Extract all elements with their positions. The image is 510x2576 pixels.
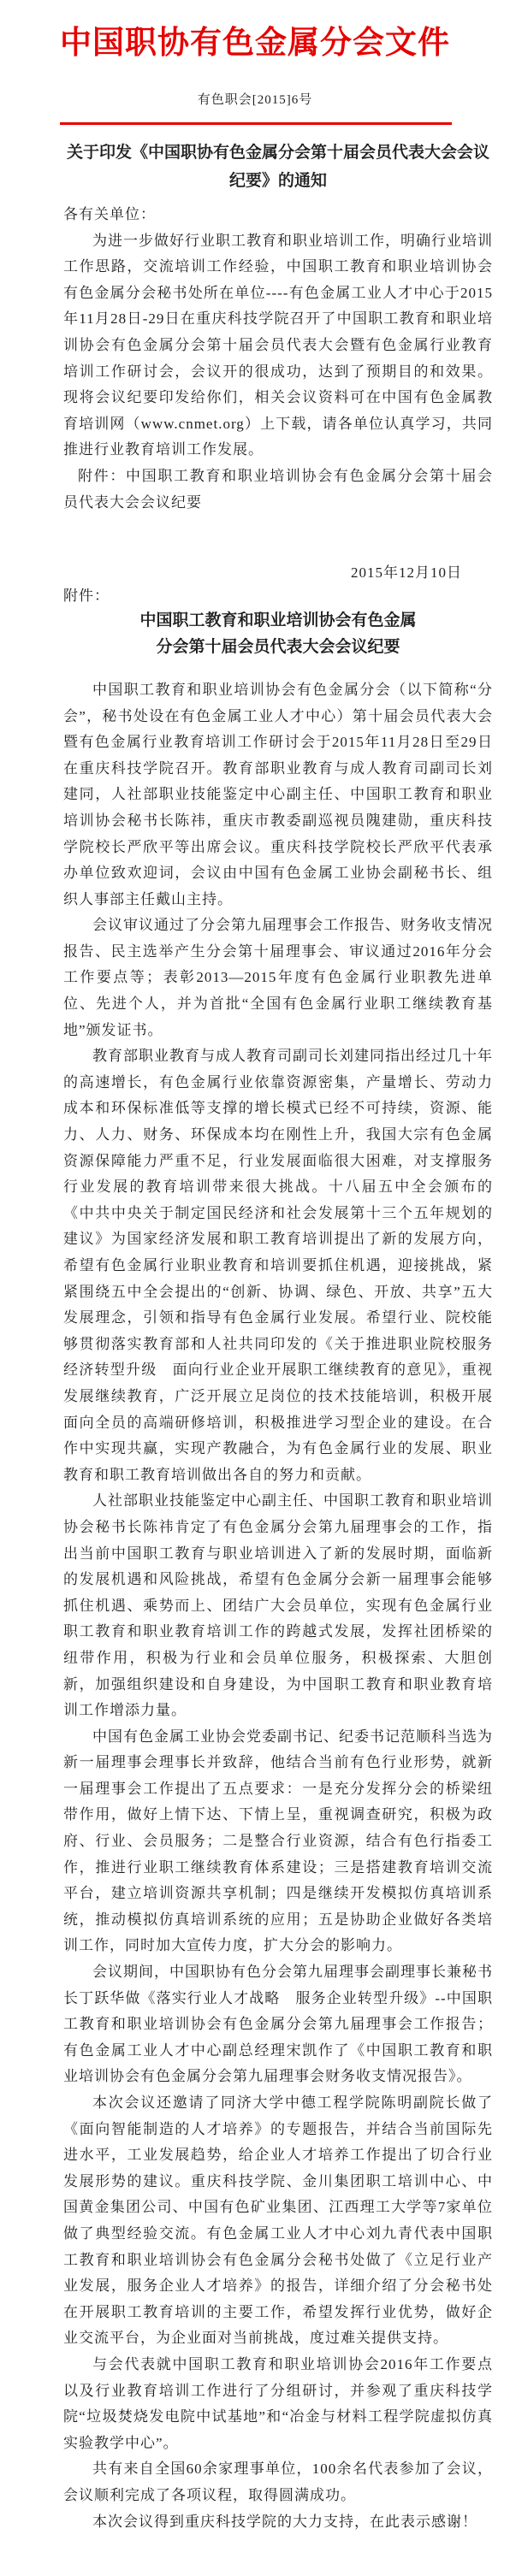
attachment-paragraph-1: 中国职工教育和职业培训协会有色金属分会（以下简称“分会”，秘书处设在有色金属工业… xyxy=(63,677,493,913)
notice-attachment-reference: 附件：中国职工教育和职业培训协会有色金属分会第十届会员代表大会会议纪要 xyxy=(63,464,493,516)
document-body: 关于印发《中国职协有色金属分会第十届会员代表大会会议纪要》的通知 各有关单位： … xyxy=(0,139,510,2536)
attachment-paragraph-3: 教育部职业教育与成人教育司副司长刘建同指出经过几十年的高速增长，有色金属行业依靠… xyxy=(63,1043,493,1488)
issue-date: 2015年12月10日 xyxy=(63,560,493,582)
salutation: 各有关单位： xyxy=(63,202,493,228)
attachment-title-line2: 分会第十届会员代表大会会议纪要 xyxy=(63,635,493,660)
attachment-title-line1: 中国职工教育和职业培训协会有色金属 xyxy=(63,608,493,634)
letterhead-title: 中国职协有色金属分会文件 xyxy=(0,21,510,62)
attachment-paragraph-2: 会议审议通过了分会第九届理事会工作报告、财务收支情况报告、民主选举产生分会第十届… xyxy=(63,913,493,1043)
red-divider xyxy=(60,122,452,125)
attachment-paragraph-5: 中国有色金属工业协会党委副书记、纪委书记范顺科当选为新一届理事会理事长并致辞，他… xyxy=(63,1724,493,1959)
notice-title: 关于印发《中国职协有色金属分会第十届会员代表大会会议纪要》的通知 xyxy=(63,139,493,196)
document-page: 中国职协有色金属分会文件 有色职会[2015]6号 关于印发《中国职协有色金属分… xyxy=(0,0,510,2576)
attachment-title: 中国职工教育和职业培训协会有色金属 分会第十届会员代表大会会议纪要 xyxy=(63,608,493,660)
attachment-paragraph-8: 与会代表就中国职工教育和职业培训协会2016年工作要点以及行业教育培训工作进行了… xyxy=(63,2352,493,2456)
notice-paragraph-1: 为进一步做好行业职工教育和职业培训工作，明确行业培训工作思路，交流培训工作经验，… xyxy=(63,228,493,464)
attachment-paragraph-10: 本次会议得到重庆科技学院的大力支持，在此表示感谢！ xyxy=(63,2509,493,2536)
attachment-label: 附件： xyxy=(63,583,493,605)
attachment-paragraph-7: 本次会议还邀请了同济大学中德工程学院陈明副院长做了《面向智能制造的人才培养》的专… xyxy=(63,2090,493,2352)
attachment-paragraph-6: 会议期间，中国职协有色分会第九届理事会副理事长兼秘书长丁跃华做《落实行业人才战略… xyxy=(63,1959,493,2090)
attachment-paragraph-4: 人社部职业技能鉴定中心副主任、中国职工教育和职业培训协会秘书长陈祎肯定了有色金属… xyxy=(63,1488,493,1723)
doc-number: 有色职会[2015]6号 xyxy=(0,90,510,108)
attachment-paragraph-9: 共有来自全国60余家理事单位，100余名代表参加了会议，会议顺利完成了各项议程，… xyxy=(63,2456,493,2508)
